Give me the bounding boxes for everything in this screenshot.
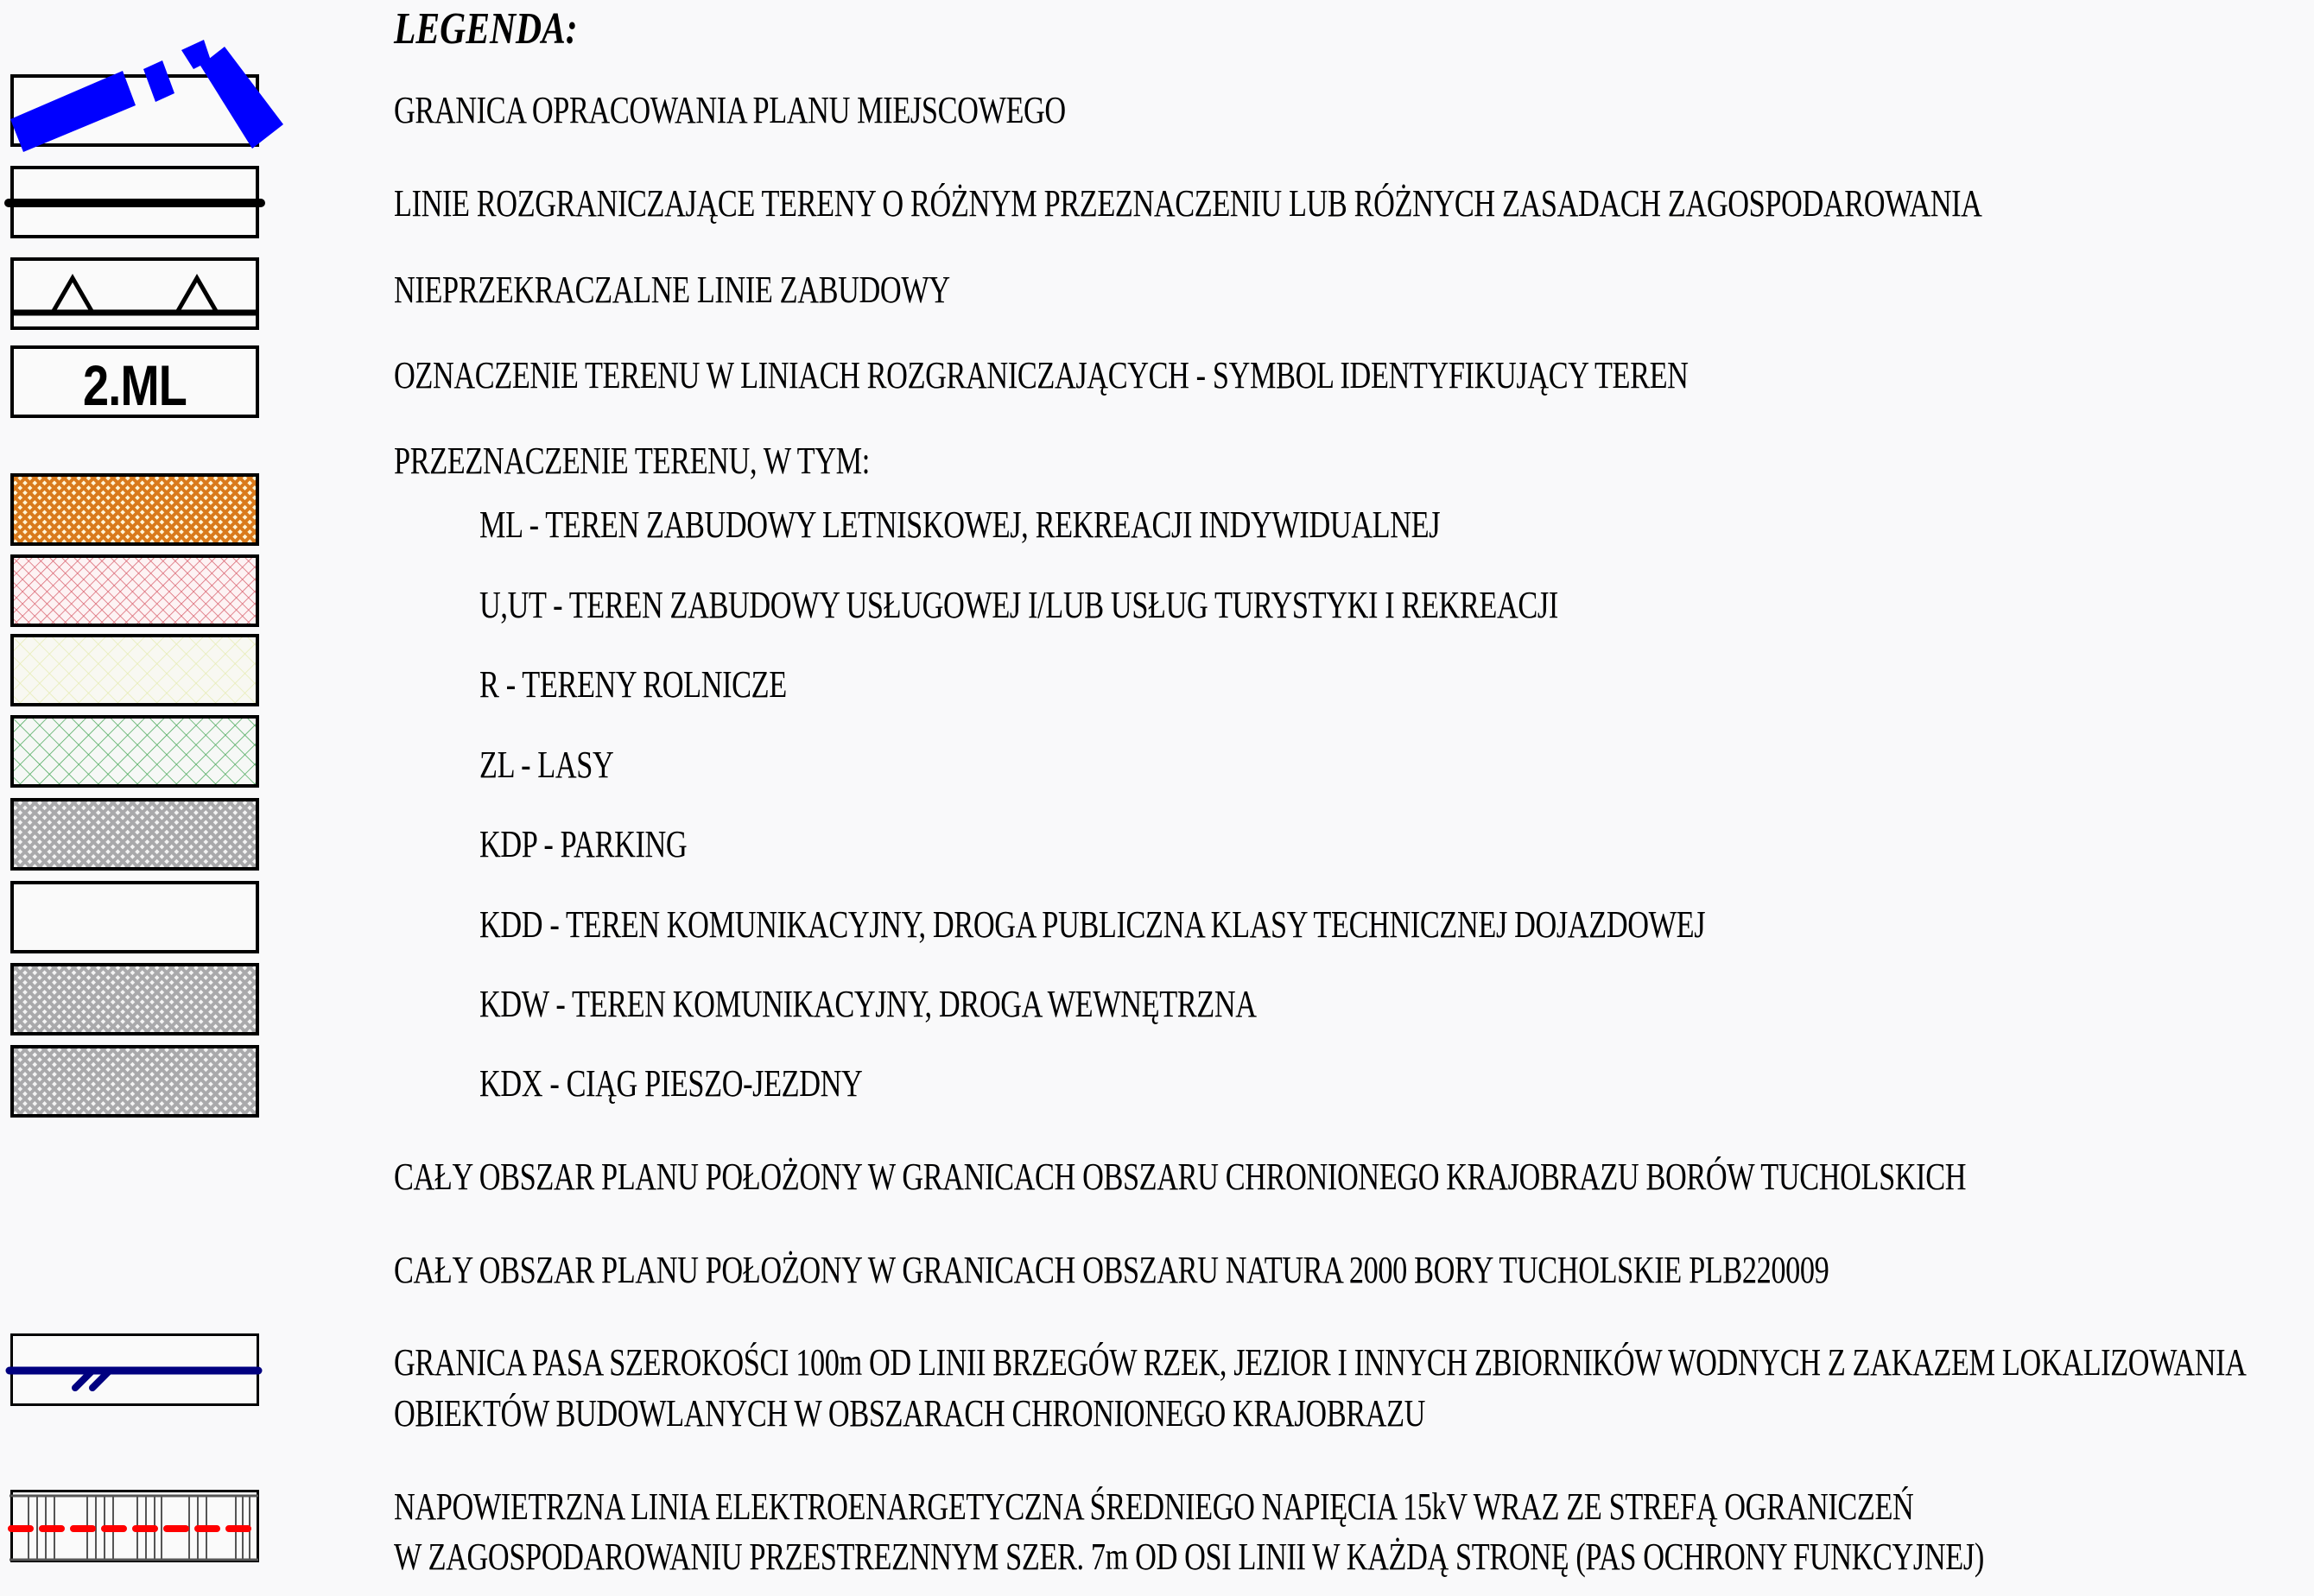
legend-label: KDD - TEREN KOMUNIKACYJNY, DROGA PUBLICZ… [479, 906, 1705, 944]
grey-hatch-icon [10, 963, 259, 1035]
fill-kdw-symbol [10, 963, 259, 1035]
legend-label: R - TERENY ROLNICZE [479, 666, 787, 704]
dividing-line-symbol [10, 166, 259, 238]
fill-zl-symbol [10, 715, 259, 788]
water-buffer-line-icon [10, 1333, 258, 1405]
legend-label: NIEPRZEKRACZALNE LINIE ZABUDOWY [394, 271, 950, 309]
legend-label: KDW - TEREN KOMUNIKACYJNY, DROGA WEWNĘTR… [479, 985, 1257, 1023]
fill-kdd-symbol [10, 881, 259, 953]
grey-hatch-icon [10, 798, 259, 871]
power-line-symbol [10, 1490, 259, 1562]
note-natura-2000: CAŁY OBSZAR PLANU POŁOŻONY W GRANICACH O… [394, 1251, 1829, 1289]
building-line-symbol [10, 257, 259, 330]
water-buffer-symbol [10, 1333, 259, 1406]
power-line-label-2: W ZAGOSPODAROWANIU PRZESTREZNNYM SZER. 7… [394, 1538, 1984, 1576]
fill-kdx-symbol [10, 1045, 259, 1118]
plan-boundary-icon [10, 74, 259, 147]
fill-r-symbol [10, 634, 259, 706]
legend-label: ML - TEREN ZABUDOWY LETNISKOWEJ, REKREAC… [479, 506, 1440, 544]
power-line-label-1: NAPOWIETRZNA LINIA ELEKTROENARGETYCZNA Ś… [394, 1488, 1913, 1526]
triangle-line-icon [10, 257, 259, 330]
orange-hatch-icon [10, 473, 259, 546]
plan-boundary-symbol [10, 74, 259, 147]
note-protected-landscape: CAŁY OBSZAR PLANU POŁOŻONY W GRANICACH O… [394, 1158, 1966, 1196]
legend-label: KDP - PARKING [479, 826, 687, 864]
legend-title: LEGENDA: [394, 3, 578, 54]
fill-kdp-symbol [10, 798, 259, 871]
grey-hatch-icon [10, 1045, 259, 1118]
legend-label: U,UT - TEREN ZABUDOWY USŁUGOWEJ I/LUB US… [479, 586, 1558, 624]
power-line-icon [10, 1489, 258, 1561]
legend-label: KDX - CIĄG PIESZO-JEZDNY [479, 1065, 862, 1103]
yellow-hatch-icon [10, 634, 259, 706]
green-hatch-icon [10, 715, 259, 788]
water-buffer-label-1: GRANICA PASA SZEROKOŚCI 100m OD LINII BR… [394, 1344, 2247, 1382]
land-use-heading: PRZEZNACZENIE TERENU, W TYM: [394, 442, 870, 480]
fill-uut-symbol [10, 554, 259, 627]
legend-label: ZL - LASY [479, 746, 613, 784]
water-buffer-label-2: OBIEKTÓW BUDOWLANYCH W OBSZARACH CHRONIO… [394, 1395, 1425, 1433]
thick-line-icon [10, 166, 259, 238]
area-code-symbol: 2.ML [10, 345, 259, 418]
area-code: 2.ML [35, 351, 234, 420]
legend-label: LINIE ROZGRANICZAJĄCE TERENY O RÓŻNYM PR… [394, 185, 1982, 223]
legend-label: OZNACZENIE TERENU W LINIACH ROZGRANICZAJ… [394, 357, 1689, 395]
red-hatch-icon [10, 554, 259, 627]
fill-ml-symbol [10, 473, 259, 546]
legend-label: GRANICA OPRACOWANIA PLANU MIEJSCOWEGO [394, 92, 1066, 130]
